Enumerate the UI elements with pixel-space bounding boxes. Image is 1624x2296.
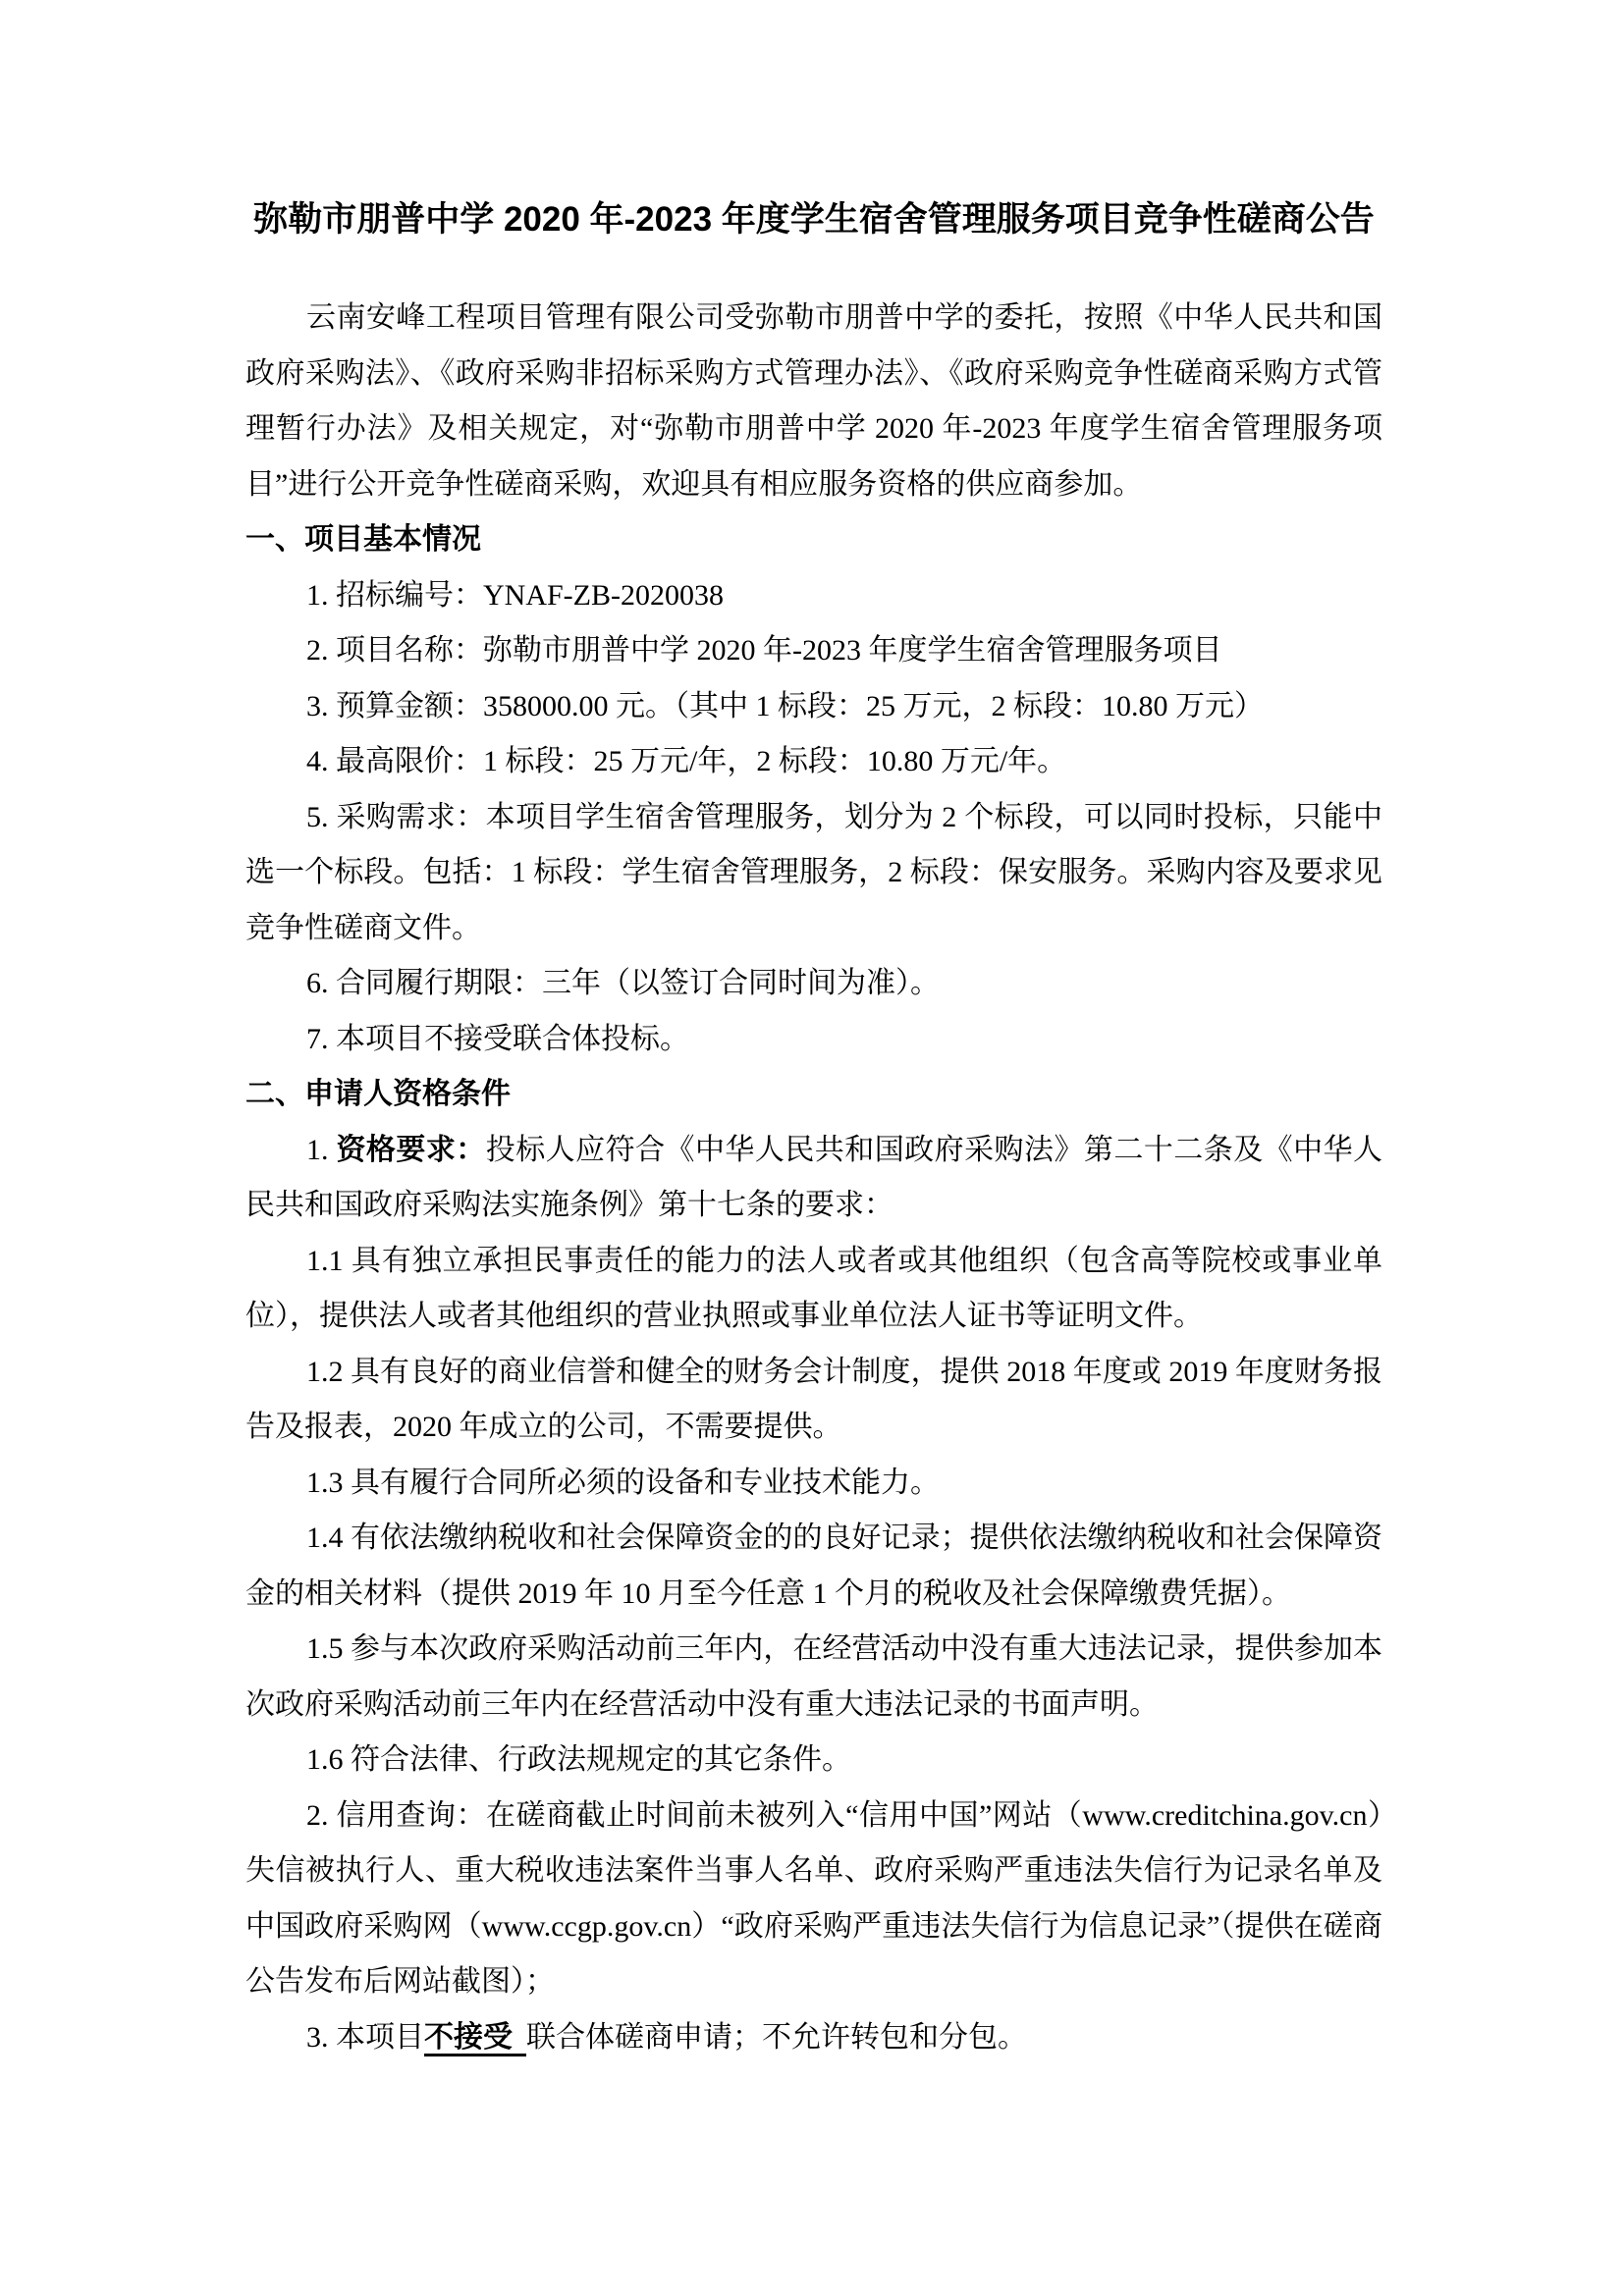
s2-subitem-1-5: 1.5 参与本次政府采购活动前三年内，在经营活动中没有重大违法记录，提供参加本次… [245, 1622, 1382, 1733]
s2-subitem-1-6: 1.6 符合法律、行政法规规定的其它条件。 [245, 1733, 1382, 1789]
s2-item1-bold-label: 资格要求： [336, 1134, 485, 1166]
s1-item-no-consortium: 7. 本项目不接受联合体投标。 [245, 1012, 1382, 1068]
s2-item1-prefix: 1. [306, 1134, 336, 1166]
section2-heading: 二、申请人资格条件 [245, 1067, 1382, 1123]
s2-subitem-1-2: 1.2 具有良好的商业信誉和健全的财务会计制度，提供 2018 年度或 2019… [245, 1345, 1382, 1456]
s1-item-tender-number: 1. 招标编号：YNAF-ZB-2020038 [245, 568, 1382, 624]
section1-heading: 一、项目基本情况 [245, 512, 1382, 568]
s1-item-budget-amount: 3. 预算金额：358000.00 元。（其中 1 标段：25 万元，2 标段：… [245, 679, 1382, 735]
s2-subitem-1-1: 1.1 具有独立承担民事责任的能力的法人或者或其他组织（包含高等院校或事业单位）… [245, 1234, 1382, 1345]
s1-item-contract-term: 6. 合同履行期限：三年（以签订合同时间为准）。 [245, 956, 1382, 1012]
s2-item3-rest: 联合体磋商申请；不允许转包和分包。 [526, 2021, 1027, 2054]
s1-item-project-name: 2. 项目名称：弥勒市朋普中学 2020 年-2023 年度学生宿舍管理服务项目 [245, 623, 1382, 679]
s2-item-no-consortium-application: 3. 本项目不接受联合体磋商申请；不允许转包和分包。 [245, 2010, 1382, 2066]
document-page: 弥勒市朋普中学 2020 年-2023 年度学生宿舍管理服务项目竞争性磋商公告 … [0, 0, 1624, 2296]
s1-item-max-price: 4. 最高限价：1 标段：25 万元/年，2 标段：10.80 万元/年。 [245, 734, 1382, 790]
s2-item3-prefix: 3. 本项目 [306, 2021, 424, 2054]
s2-subitem-1-3: 1.3 具有履行合同所必须的设备和专业技术能力。 [245, 1456, 1382, 1512]
doc-title: 弥勒市朋普中学 2020 年-2023 年度学生宿舍管理服务项目竞争性磋商公告 [245, 196, 1382, 243]
s2-item3-bold-underline: 不接受 [424, 2021, 526, 2056]
s2-subitem-1-4: 1.4 有依法缴纳税收和社会保障资金的的良好记录；提供依法缴纳税收和社会保障资金… [245, 1511, 1382, 1622]
intro-paragraph: 云南安峰工程项目管理有限公司受弥勒市朋普中学的委托，按照《中华人民共和国政府采购… [245, 291, 1382, 512]
s2-item-qualification: 1. 资格要求：投标人应符合《中华人民共和国政府采购法》第二十二条及《中华人民共… [245, 1123, 1382, 1234]
s2-item-credit-check: 2. 信用查询：在磋商截止时间前未被列入“信用中国”网站（www.creditc… [245, 1789, 1382, 2010]
s1-item-procurement-demand: 5. 采购需求：本项目学生宿舍管理服务，划分为 2 个标段，可以同时投标，只能中… [245, 790, 1382, 957]
document-body: 弥勒市朋普中学 2020 年-2023 年度学生宿舍管理服务项目竞争性磋商公告 … [245, 196, 1382, 2065]
